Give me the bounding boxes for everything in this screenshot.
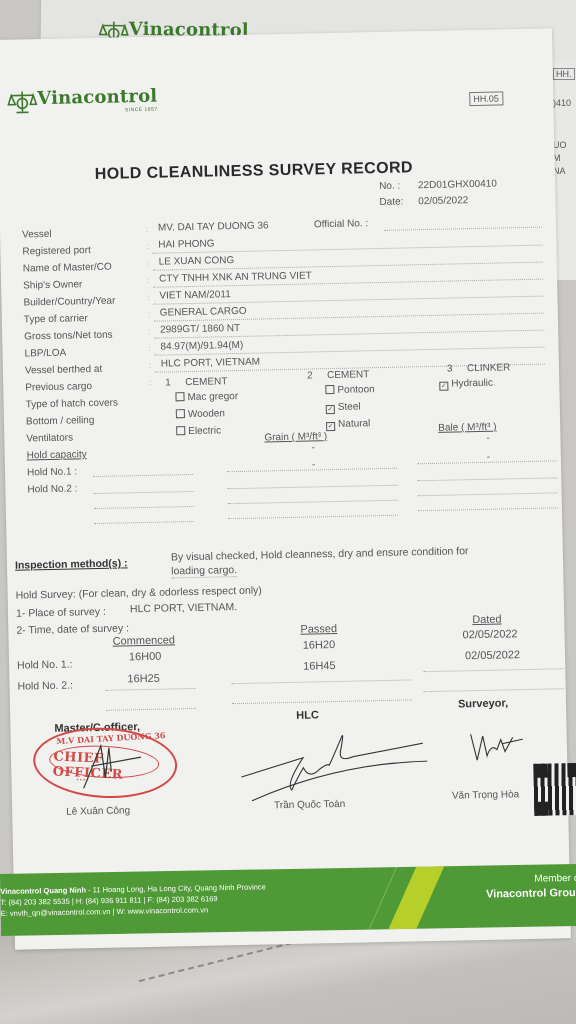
field-value: 2989GT/ 1860 NT <box>160 323 240 336</box>
option-label: Hydraulic <box>451 378 493 390</box>
field-label: Type of hatch covers <box>26 398 118 411</box>
place-of-survey-value: HLC PORT, VIETNAM. <box>130 601 237 615</box>
hold-label: Hold No.2 : <box>27 483 77 495</box>
footer-contact: Vinacontrol Quang Ninh - 11 Hoang Long, … <box>0 881 266 919</box>
field-label: Ship's Owner <box>23 279 82 291</box>
cargo-1-no: 1 <box>165 377 171 388</box>
field-value: HAI PHONG <box>158 238 214 250</box>
field-value: HLC PORT, VIETNAM <box>161 357 260 370</box>
time-of-survey-label: 2- Time, date of survey : <box>16 622 129 636</box>
checkbox-icon <box>176 426 185 435</box>
field-value: MV. DAI TAY DUONG 36 <box>158 220 269 233</box>
field-value: LE XUAN CONG <box>159 255 235 268</box>
surveyor-signature <box>469 729 540 770</box>
checkbox-pontoon[interactable]: Pontoon <box>325 384 374 396</box>
checkmark-icon: ✓ <box>326 405 335 414</box>
footer-accent-stripe <box>380 864 448 936</box>
option-label: Electric <box>188 425 221 437</box>
grain-hold-1: - <box>311 442 315 453</box>
checkbox-icon <box>325 385 334 394</box>
survey-hold-2-dated: 02/05/2022 <box>465 649 520 662</box>
survey-hold-1-commenced: 16H00 <box>129 651 162 664</box>
field-label: Previous cargo <box>25 381 92 393</box>
survey-hold-1-passed: 16H20 <box>303 639 336 652</box>
footer-band: Vinacontrol Quang Ninh - 11 Hoang Long, … <box>0 864 576 936</box>
hold-label: Hold No.1 : <box>27 466 77 478</box>
record-number-value: 22D01GHX00410 <box>418 179 497 192</box>
inspection-text-2: loading cargo. <box>171 564 237 578</box>
hold-capacity-label: Hold capacity <box>27 449 87 461</box>
master-signature <box>71 737 152 799</box>
official-no-line <box>384 227 542 231</box>
field-label: Bottom / ceiling <box>26 415 95 427</box>
fragment-text: UO <box>553 140 567 150</box>
record-number-label: No. : <box>379 180 415 192</box>
checkmark-icon: ✓ <box>326 422 335 431</box>
field-label: Builder/Country/Year <box>23 296 115 309</box>
checkbox-icon <box>175 392 184 401</box>
field-value: CTY TNHH XNK AN TRUNG VIET <box>159 270 312 284</box>
checkbox-hydraulic[interactable]: ✓Hydraulic <box>439 378 493 391</box>
field-label: Registered port <box>22 245 91 257</box>
field-label: Vessel berthed at <box>25 364 102 377</box>
footer-office: Vinacontrol Quang Ninh <box>0 886 86 896</box>
inspection-method: Inspection method(s) : <box>15 557 128 571</box>
vinacontrol-logo: Vinacontrol SINCE 1957 <box>7 87 158 116</box>
hlc-name: Trần Quốc Toàn <box>274 799 345 811</box>
field-value: VIET NAM/2011 <box>159 289 231 301</box>
fragment-text: HH. <box>553 68 575 80</box>
document-title: HOLD CLEANLINESS SURVEY RECORD <box>95 159 413 184</box>
footer-address: - 11 Hoang Long, Ha Long City, Quang Nin… <box>86 882 266 894</box>
cargo-2-no: 2 <box>307 370 313 381</box>
bale-hold-1: - <box>486 433 490 444</box>
field-value: GENERAL CARGO <box>160 306 247 319</box>
brand-name: Vinacontrol <box>37 86 158 110</box>
hlc-signature-title: HLC <box>296 709 319 721</box>
cargo-2: CEMENT <box>327 369 369 381</box>
record-date-value: 02/05/2022 <box>418 195 468 207</box>
option-label: Steel <box>338 401 361 412</box>
survey-hold-1-label: Hold No. 1.: <box>17 659 73 672</box>
hold-survey-note: Hold Survey: (For clean, dry & odorless … <box>16 585 262 602</box>
form-code: HH.05 <box>469 91 503 106</box>
survey-record-sheet: Vinacontrol SINCE 1957 HH.05 HOLD CLEANL… <box>0 28 571 949</box>
checkbox-mac-gregor[interactable]: Mac gregor <box>175 391 238 403</box>
footer-member: Member of Vinacontrol Group <box>486 872 576 903</box>
survey-hold-2-commenced: 16H25 <box>127 673 160 686</box>
option-label: Mac gregor <box>187 391 238 403</box>
qr-code[interactable] <box>533 763 576 816</box>
field-label: LBP/LOA <box>24 348 66 360</box>
checkbox-natural[interactable]: ✓Natural <box>326 418 370 431</box>
cargo-1: CEMENT <box>185 376 227 388</box>
survey-hold-2-passed: 16H45 <box>303 660 336 673</box>
checkbox-wooden[interactable]: Wooden <box>176 408 225 420</box>
survey-hold-1-dated: 02/05/2022 <box>462 628 517 641</box>
checkbox-steel[interactable]: ✓Steel <box>326 401 361 414</box>
surveyor-name: Văn Trọng Hòa <box>452 789 519 801</box>
place-of-survey-label: 1- Place of survey : <box>16 606 106 620</box>
surveyor-signature-title: Surveyor, <box>458 697 508 710</box>
option-label: Wooden <box>188 408 225 420</box>
master-name: Lê Xuân Công <box>66 805 130 817</box>
photo-scene: Vinacontrol HH. )410 UO M NA Vinacontrol… <box>0 0 576 1024</box>
inspection-text-1: By visual checked, Hold cleanness, dry a… <box>171 545 469 563</box>
group-name: Vinacontrol Group <box>486 887 576 901</box>
field-label: Ventilators <box>26 432 73 444</box>
official-no-label: Official No. : <box>314 218 368 230</box>
scale-icon <box>7 89 38 116</box>
record-date-label: Date: <box>379 196 415 208</box>
record-date: Date: 02/05/2022 <box>379 195 468 208</box>
checkbox-electric[interactable]: Electric <box>176 425 221 437</box>
cargo-3: CLINKER <box>467 362 511 374</box>
field-value: 84.97(M)/91.94(M) <box>160 340 243 353</box>
record-number: No. : 22D01GHX00410 <box>379 179 497 192</box>
option-label: Natural <box>338 418 370 430</box>
field-label: Vessel <box>22 229 52 241</box>
inspection-label: Inspection method(s) : <box>15 557 128 571</box>
member-of-label: Member of <box>486 872 576 888</box>
dated-header: Dated <box>472 614 502 627</box>
grain-hold-2: - <box>312 459 316 470</box>
cargo-3-no: 3 <box>447 364 453 375</box>
field-label: Type of carrier <box>24 313 88 325</box>
hlc-signature <box>236 721 428 805</box>
checkmark-icon: ✓ <box>439 382 448 391</box>
commenced-header: Commenced <box>113 634 176 647</box>
field-label: Gross tons/Net tons <box>24 330 113 343</box>
field-label: Name of Master/CO <box>23 262 112 275</box>
bale-hold-2: - <box>487 452 491 463</box>
passed-header: Passed <box>300 623 337 636</box>
checkbox-icon <box>176 409 185 418</box>
option-label: Pontoon <box>337 384 374 396</box>
survey-hold-2-label: Hold No. 2.: <box>17 680 73 693</box>
fragment-text: )410 <box>553 98 571 108</box>
vessel-info: Vessel:MV. DAI TAY DUONG 36 Official No.… <box>22 215 548 532</box>
